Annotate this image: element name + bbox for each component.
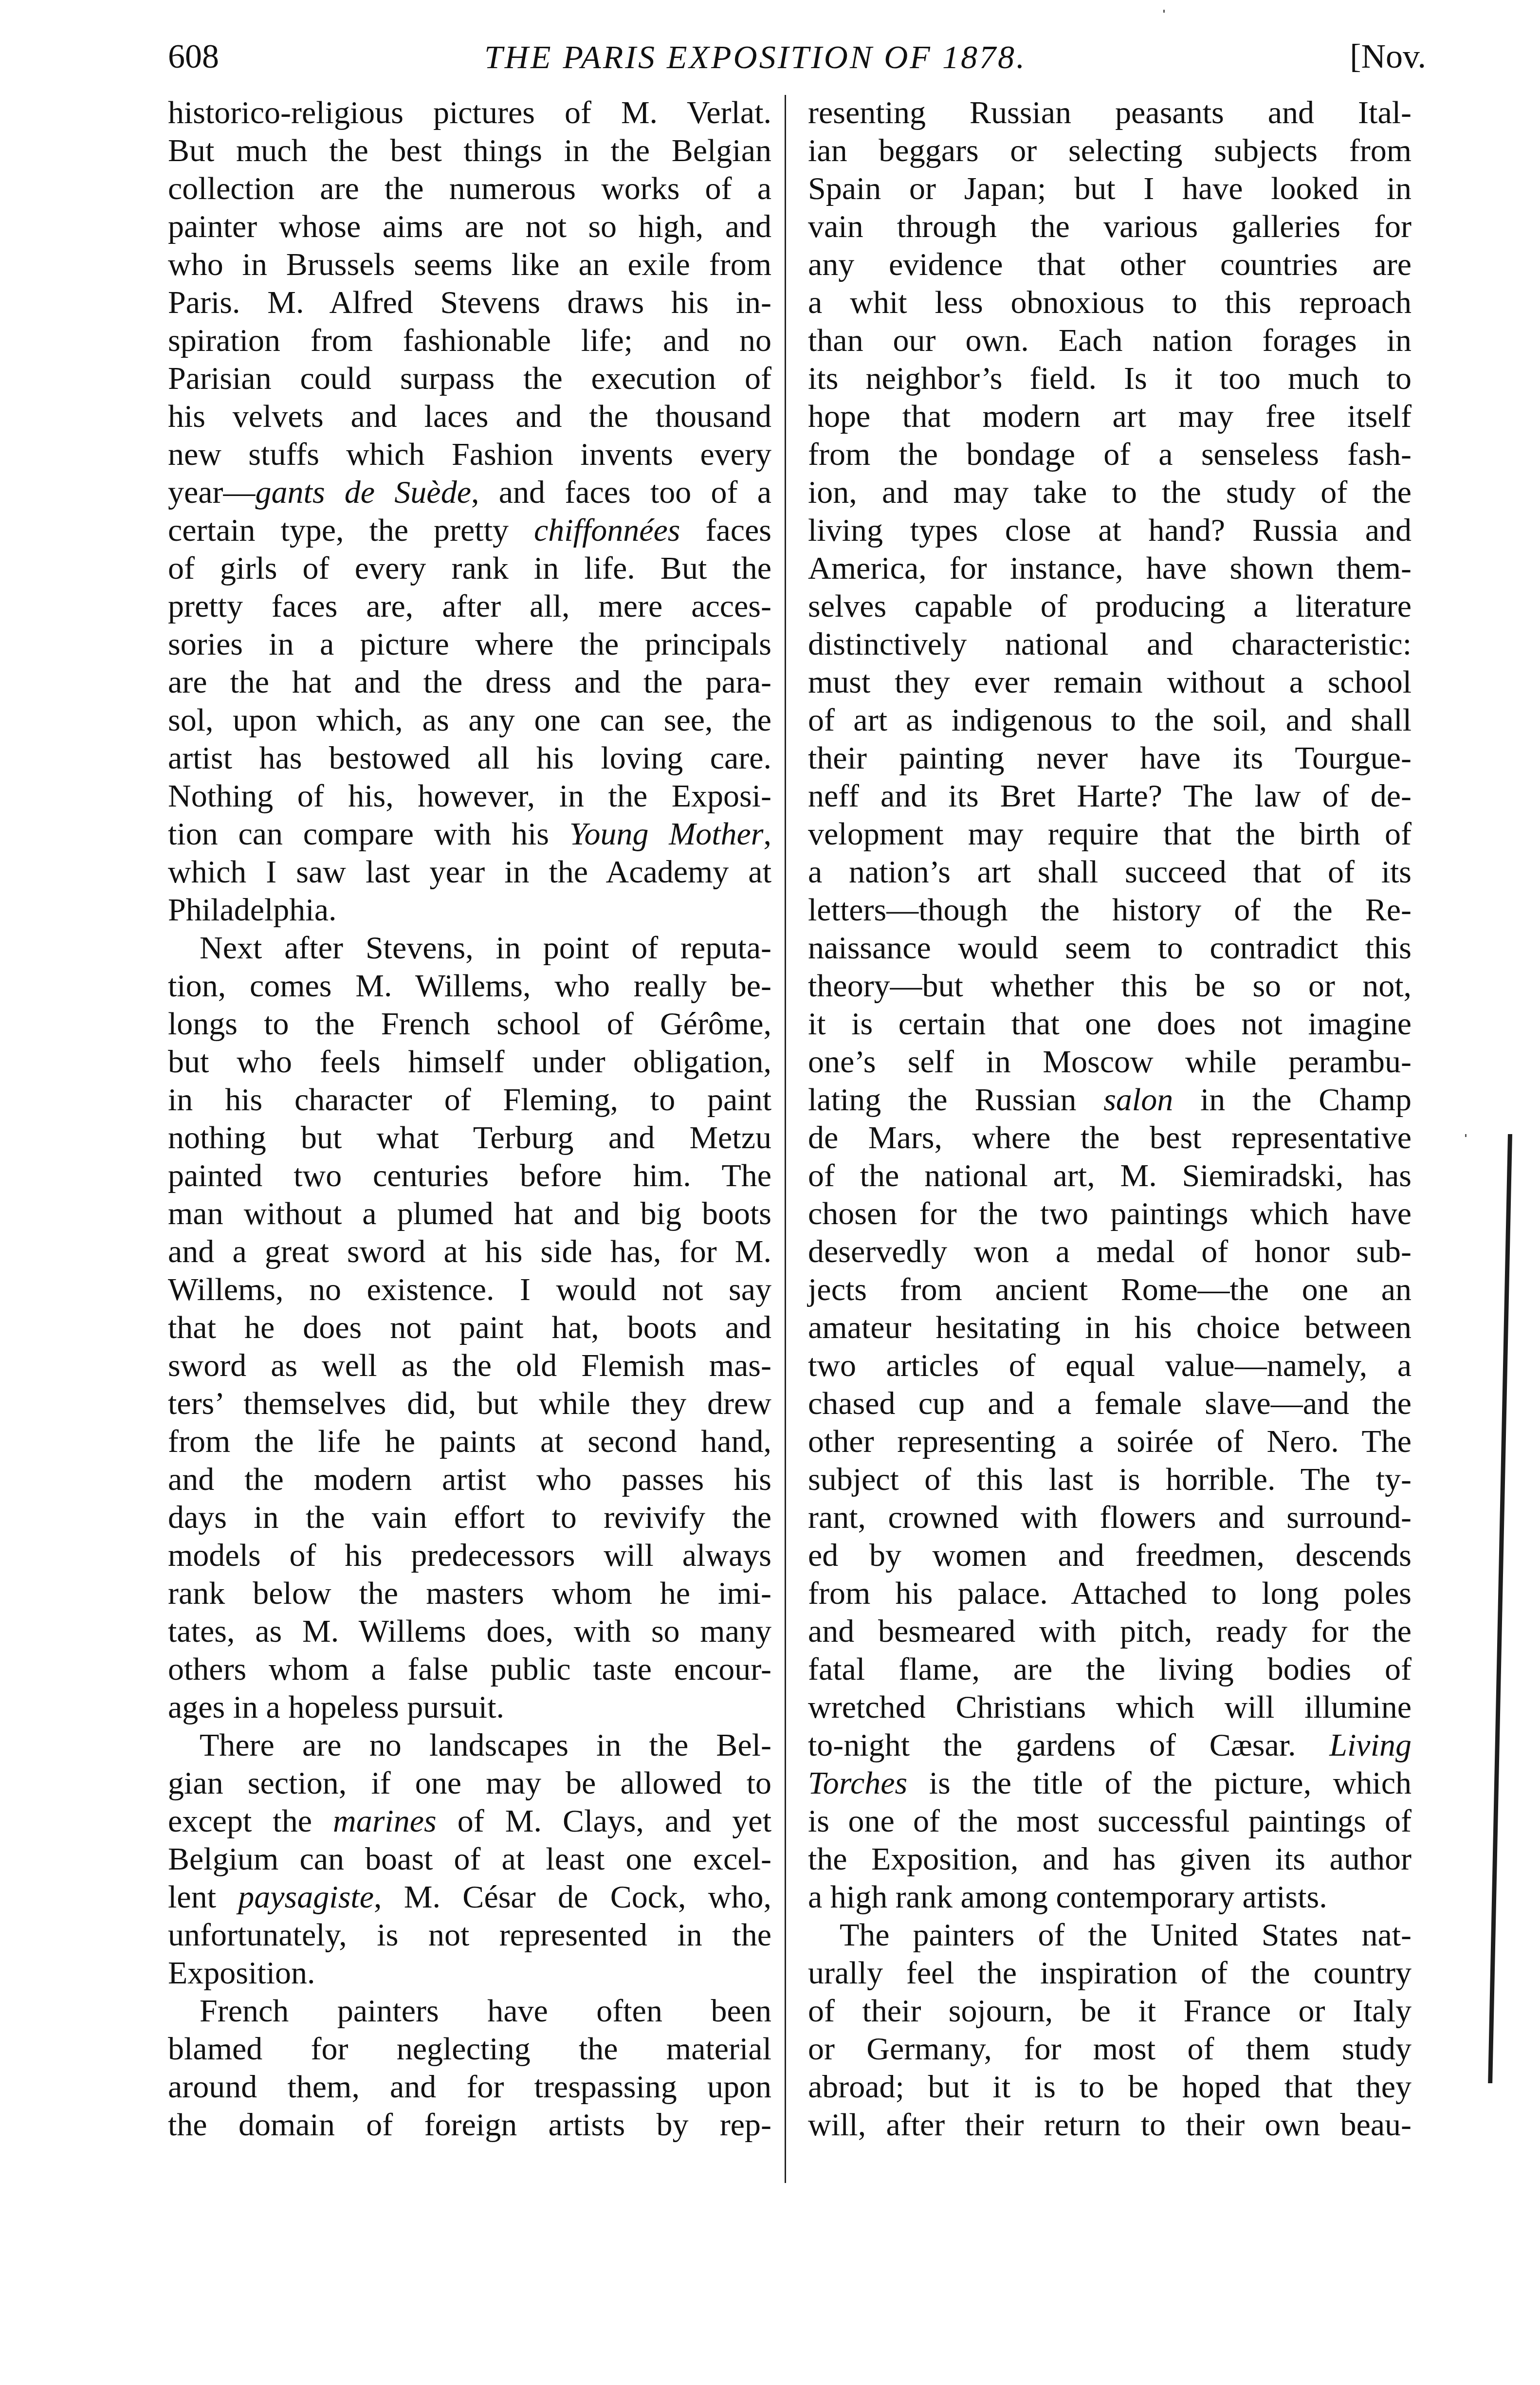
text-run: a whit less obnoxious to this reproach <box>808 285 1412 320</box>
text-run: selves capable of producing a literature <box>808 588 1412 624</box>
italic-text: gants de Suède <box>256 475 471 510</box>
text-line: a whit less obnoxious to this reproach <box>808 284 1412 322</box>
text-line: pretty faces are, after all, mere acces- <box>168 587 771 625</box>
text-line: jects from ancient Rome—the one an <box>808 1271 1412 1309</box>
text-line: historico-religious pictures of M. Verla… <box>168 94 771 132</box>
text-line: the domain of foreign artists by rep- <box>168 2106 771 2144</box>
text-run: There are no landscapes in the Bel- <box>200 1727 771 1763</box>
text-line: that he does not paint hat, boots and <box>168 1309 771 1347</box>
text-line: amateur hesitating in his choice between <box>808 1309 1412 1347</box>
text-run: abroad; but it is to be hoped that they <box>808 2069 1412 2105</box>
text-line: except the marines of M. Clays, and yet <box>168 1802 771 1840</box>
text-run: the Exposition, and has given its author <box>808 1841 1412 1877</box>
italic-text: Young Mother <box>569 816 764 852</box>
text-line: and a great sword at his side has, for M… <box>168 1233 771 1271</box>
text-run: , and faces too of a <box>471 475 771 510</box>
text-run: in his character of Fleming, to paint <box>168 1082 771 1118</box>
text-run: who in Brussels seems like an exile from <box>168 247 771 282</box>
text-run: except the <box>168 1803 333 1839</box>
text-line: is one of the most successful paintings … <box>808 1802 1412 1840</box>
text-run: sword as well as the old Flemish mas- <box>168 1348 771 1383</box>
text-run: artist has bestowed all his loving care. <box>168 740 771 776</box>
text-line: letters—though the history of the Re- <box>808 891 1412 929</box>
text-run: of girls of every rank in life. But the <box>168 550 771 586</box>
text-run: of art as indigenous to the soil, and sh… <box>808 702 1412 738</box>
text-run: days in the vain effort to revivify the <box>168 1500 771 1535</box>
text-line: tates, as M. Willems does, with so many <box>168 1613 771 1651</box>
text-line: which I saw last year in the Academy at <box>168 853 771 891</box>
text-line: Torches is the title of the picture, whi… <box>808 1764 1412 1802</box>
text-run: Parisian could surpass the execution of <box>168 361 771 396</box>
text-line: subject of this last is horrible. The ty… <box>808 1461 1412 1499</box>
text-line: other representing a soirée of Nero. The <box>808 1423 1412 1461</box>
text-line: certain type, the pretty chiffonnées fac… <box>168 512 771 550</box>
text-run: spiration from fashionable life; and no <box>168 323 771 358</box>
text-run: letters—though the history of the Re- <box>808 892 1412 928</box>
text-run: unfortunately, is not represented in the <box>168 1917 771 1953</box>
text-line: Parisian could surpass the execution of <box>168 360 771 398</box>
italic-text: Living <box>1329 1727 1412 1763</box>
text-line: painter whose aims are not so high, and <box>168 208 771 246</box>
text-run: ion, and may take to the study of the <box>808 475 1412 510</box>
text-line: their painting never have its Tourgue- <box>808 739 1412 777</box>
text-line: one’s self in Moscow while perambu- <box>808 1043 1412 1081</box>
text-run: of M. Clays, and yet <box>437 1803 771 1839</box>
text-run: must they ever remain without a school <box>808 664 1412 700</box>
text-run: a nation’s art shall succeed that of its <box>808 854 1412 890</box>
text-run: subject of this last is horrible. The ty… <box>808 1462 1412 1497</box>
italic-text: salon <box>1103 1082 1173 1118</box>
text-line: Willems, no existence. I would not say <box>168 1271 771 1309</box>
text-line: gian section, if one may be allowed to <box>168 1764 771 1802</box>
text-line: to-night the gardens of Cæsar. Living <box>808 1726 1412 1764</box>
text-run: and a great sword at his side has, for M… <box>168 1234 771 1269</box>
text-run: other representing a soirée of Nero. The <box>808 1424 1412 1459</box>
text-line: ed by women and freedmen, descends <box>808 1537 1412 1575</box>
text-line: models of his predecessors will always <box>168 1537 771 1575</box>
text-line: sories in a picture where the principals <box>168 625 771 663</box>
text-run: gian section, if one may be allowed to <box>168 1765 771 1801</box>
text-line: ters’ themselves did, but while they dre… <box>168 1385 771 1423</box>
text-line: year—gants de Suède, and faces too of a <box>168 474 771 512</box>
text-run: collection are the numerous works of a <box>168 171 771 206</box>
text-run: will, after their return to their own be… <box>808 2107 1412 2143</box>
text-run: painted two centuries before him. The <box>168 1158 771 1193</box>
text-run: others whom a false public taste encour- <box>168 1651 771 1687</box>
scan-speck <box>1163 10 1165 13</box>
text-run: painter whose aims are not so high, and <box>168 209 771 244</box>
text-line: velopment may require that the birth of <box>808 815 1412 853</box>
text-run: Philadelphia. <box>168 892 336 928</box>
text-run: fatal flame, are the living bodies of <box>808 1651 1412 1687</box>
text-line: vain through the various galleries for <box>808 208 1412 246</box>
text-run: living types close at hand? Russia and <box>808 513 1412 548</box>
text-run: but who feels himself under obligation, <box>168 1044 771 1080</box>
text-line: naissance would seem to contradict this <box>808 929 1412 967</box>
text-run: sories in a picture where the principals <box>168 626 771 662</box>
text-run: tion can compare with his <box>168 816 569 852</box>
text-run: velopment may require that the birth of <box>808 816 1412 852</box>
text-line: of art as indigenous to the soil, and sh… <box>808 701 1412 739</box>
text-line: Nothing of his, however, in the Exposi- <box>168 777 771 815</box>
text-run: , <box>763 816 771 852</box>
text-line: in his character of Fleming, to paint <box>168 1081 771 1119</box>
text-run: which I saw last year in the Academy at <box>168 854 771 890</box>
text-line: distinctively national and characteristi… <box>808 625 1412 663</box>
text-line: will, after their return to their own be… <box>808 2106 1412 2144</box>
text-line: chased cup and a female slave—and the <box>808 1385 1412 1423</box>
text-run: new stuffs which Fashion invents every <box>168 437 771 472</box>
text-run: amateur hesitating in his choice between <box>808 1310 1412 1345</box>
text-run: Willems, no existence. I would not say <box>168 1272 771 1307</box>
text-line: of the national art, M. Siemiradski, has <box>808 1157 1412 1195</box>
text-line: unfortunately, is not represented in the <box>168 1916 771 1954</box>
text-line: who in Brussels seems like an exile from <box>168 246 771 284</box>
text-line: are the hat and the dress and the para- <box>168 663 771 701</box>
text-line: urally feel the inspiration of the count… <box>808 1954 1412 1992</box>
text-line: ian beggars or selecting subjects from <box>808 132 1412 170</box>
text-run: his velvets and laces and the thousand <box>168 399 771 434</box>
text-run: America, for instance, have shown them- <box>808 550 1412 586</box>
text-line: than our own. Each nation forages in <box>808 322 1412 360</box>
text-run: ian beggars or selecting subjects from <box>808 133 1412 168</box>
text-run: lating the Russian <box>808 1082 1103 1118</box>
text-run: Spain or Japan; but I have looked in <box>808 171 1412 206</box>
text-run: jects from ancient Rome—the one an <box>808 1272 1412 1307</box>
italic-text: paysagiste <box>238 1879 374 1915</box>
text-run: is one of the most successful paintings … <box>808 1803 1412 1839</box>
text-run: blamed for neglecting the material <box>168 2031 771 2067</box>
text-line: Exposition. <box>168 1954 771 1992</box>
text-run: sol, upon which, as any one can see, the <box>168 702 771 738</box>
text-run: vain through the various galleries for <box>808 209 1412 244</box>
text-run: tion, comes M. Willems, who really be- <box>168 968 771 1004</box>
italic-text: marines <box>333 1803 437 1839</box>
text-line: Philadelphia. <box>168 891 771 929</box>
text-run: Next after Stevens, in point of reputa- <box>200 930 771 966</box>
text-line: selves capable of producing a literature <box>808 587 1412 625</box>
text-run: Nothing of his, however, in the Exposi- <box>168 778 771 814</box>
text-line: ion, and may take to the study of the <box>808 474 1412 512</box>
text-line: blamed for neglecting the material <box>168 2030 771 2068</box>
text-run: of their sojourn, be it France or Italy <box>808 1993 1412 2029</box>
text-line: resenting Russian peasants and Ital- <box>808 94 1412 132</box>
text-run: from the bondage of a senseless fash- <box>808 437 1412 472</box>
text-line: any evidence that other countries are <box>808 246 1412 284</box>
running-title: THE PARIS EXPOSITION OF 1878. <box>484 35 1027 79</box>
text-line: wretched Christians which will illumine <box>808 1688 1412 1726</box>
text-line: chosen for the two paintings which have <box>808 1195 1412 1233</box>
italic-text: chiffonnées <box>534 513 680 548</box>
text-line: the Exposition, and has given its author <box>808 1840 1412 1878</box>
text-run: resenting Russian peasants and Ital- <box>808 95 1412 130</box>
text-run: longs to the French school of Gérôme, <box>168 1006 771 1042</box>
text-run: distinctively national and characteristi… <box>808 626 1412 662</box>
text-run: , M. César de Cock, who, <box>374 1879 771 1915</box>
text-run: naissance would seem to contradict this <box>808 930 1412 966</box>
text-line: America, for instance, have shown them- <box>808 550 1412 587</box>
text-line: must they ever remain without a school <box>808 663 1412 701</box>
text-line: tion, comes M. Willems, who really be- <box>168 967 771 1005</box>
text-line: Paris. M. Alfred Stevens draws his in- <box>168 284 771 322</box>
text-line: rant, crowned with flowers and surround- <box>808 1499 1412 1537</box>
text-line: and besmeared with pitch, ready for the <box>808 1613 1412 1651</box>
left-column: historico-religious pictures of M. Verla… <box>168 94 771 2144</box>
text-run: the domain of foreign artists by rep- <box>168 2107 771 2143</box>
text-line: sol, upon which, as any one can see, the <box>168 701 771 739</box>
text-run: historico-religious pictures of M. Verla… <box>168 95 771 130</box>
text-run: a high rank among contemporary artists. <box>808 1879 1327 1915</box>
text-line: others whom a false public taste encour- <box>168 1651 771 1688</box>
text-line: Spain or Japan; but I have looked in <box>808 170 1412 208</box>
text-line: from the life he paints at second hand, <box>168 1423 771 1461</box>
text-line: artist has bestowed all his loving care. <box>168 739 771 777</box>
text-line: longs to the French school of Gérôme, <box>168 1005 771 1043</box>
text-line: from his palace. Attached to long poles <box>808 1575 1412 1613</box>
text-line: but who feels himself under obligation, <box>168 1043 771 1081</box>
text-run: that he does not paint hat, boots and <box>168 1310 771 1345</box>
text-run: is the title of the picture, which <box>907 1765 1412 1801</box>
text-line: ages in a hopeless pursuit. <box>168 1688 771 1726</box>
text-run: models of his predecessors will always <box>168 1538 771 1573</box>
text-run: chased cup and a female slave—and the <box>808 1386 1412 1421</box>
text-line: French painters have often been <box>168 1992 771 2030</box>
text-run: ters’ themselves did, but while they dre… <box>168 1386 771 1421</box>
text-line: its neighbor’s field. Is it too much to <box>808 360 1412 398</box>
text-run: rank below the masters whom he imi- <box>168 1576 771 1611</box>
text-run: certain type, the pretty <box>168 513 534 548</box>
text-line: rank below the masters whom he imi- <box>168 1575 771 1613</box>
text-line: new stuffs which Fashion invents every <box>168 436 771 474</box>
text-line: abroad; but it is to be hoped that they <box>808 2068 1412 2106</box>
text-line: nothing but what Terburg and Metzu <box>168 1119 771 1157</box>
text-line: theory—but whether this be so or not, <box>808 967 1412 1005</box>
scan-speck <box>1465 1134 1467 1137</box>
text-run: from the life he paints at second hand, <box>168 1424 771 1459</box>
text-line: or Germany, for most of them study <box>808 2030 1412 2068</box>
text-line: But much the best things in the Belgian <box>168 132 771 170</box>
right-column: resenting Russian peasants and Ital-ian … <box>808 94 1412 2144</box>
text-line: a high rank among contemporary artists. <box>808 1878 1412 1916</box>
text-run: Belgium can boast of at least one excel- <box>168 1841 771 1877</box>
text-line: and the modern artist who passes his <box>168 1461 771 1499</box>
issue-mark: [Nov. <box>1350 35 1426 79</box>
text-run: nothing but what Terburg and Metzu <box>168 1120 771 1156</box>
text-run: But much the best things in the Belgian <box>168 133 771 168</box>
text-run: year— <box>168 475 256 510</box>
text-line: lent paysagiste, M. César de Cock, who, <box>168 1878 771 1916</box>
text-line: from the bondage of a senseless fash- <box>808 436 1412 474</box>
text-line: painted two centuries before him. The <box>168 1157 771 1195</box>
text-line: of girls of every rank in life. But the <box>168 550 771 587</box>
text-line: collection are the numerous works of a <box>168 170 771 208</box>
text-run: The painters of the United States nat- <box>840 1917 1412 1953</box>
text-line: his velvets and laces and the thousand <box>168 398 771 436</box>
text-run: tates, as M. Willems does, with so many <box>168 1614 771 1649</box>
text-run: wretched Christians which will illumine <box>808 1689 1412 1725</box>
text-run: its neighbor’s field. Is it too much to <box>808 361 1412 396</box>
text-line: two articles of equal value—namely, a <box>808 1347 1412 1385</box>
text-line: tion can compare with his Young Mother, <box>168 815 771 853</box>
italic-text: Torches <box>808 1765 907 1801</box>
text-line: spiration from fashionable life; and no <box>168 322 771 360</box>
text-run: and besmeared with pitch, ready for the <box>808 1614 1412 1649</box>
text-run: two articles of equal value—namely, a <box>808 1348 1412 1383</box>
text-run: than our own. Each nation forages in <box>808 323 1412 358</box>
text-run: deservedly won a medal of honor sub- <box>808 1234 1412 1269</box>
text-line: a nation’s art shall succeed that of its <box>808 853 1412 891</box>
text-run: French painters have often been <box>200 1993 771 2029</box>
text-line: living types close at hand? Russia and <box>808 512 1412 550</box>
text-run: one’s self in Moscow while perambu- <box>808 1044 1412 1080</box>
text-run: man without a plumed hat and big boots <box>168 1196 771 1231</box>
text-run: to-night the gardens of Cæsar. <box>808 1727 1329 1763</box>
text-run: are the hat and the dress and the para- <box>168 664 771 700</box>
text-run: of the national art, M. Siemiradski, has <box>808 1158 1412 1193</box>
text-run: their painting never have its Tourgue- <box>808 740 1412 776</box>
text-line: it is certain that one does not imagine <box>808 1005 1412 1043</box>
scan-edge-shadow <box>1488 1134 1512 2083</box>
text-run: theory—but whether this be so or not, <box>808 968 1412 1004</box>
text-run: in the Champ <box>1173 1082 1412 1118</box>
text-run: rant, crowned with flowers and surround- <box>808 1500 1412 1535</box>
text-run: ed by women and freedmen, descends <box>808 1538 1412 1573</box>
text-run: it is certain that one does not imagine <box>808 1006 1412 1042</box>
text-line: around them, and for trespassing upon <box>168 2068 771 2106</box>
text-run: faces <box>680 513 771 548</box>
text-run: hope that modern art may free itself <box>808 399 1412 434</box>
text-run: de Mars, where the best representative <box>808 1120 1412 1156</box>
text-run: or Germany, for most of them study <box>808 2031 1412 2067</box>
text-line: sword as well as the old Flemish mas- <box>168 1347 771 1385</box>
running-header: 608 THE PARIS EXPOSITION OF 1878. [Nov. <box>168 35 1426 79</box>
text-line: of their sojourn, be it France or Italy <box>808 1992 1412 2030</box>
text-run: any evidence that other countries are <box>808 247 1412 282</box>
text-run: ages in a hopeless pursuit. <box>168 1689 504 1725</box>
text-run: from his palace. Attached to long poles <box>808 1576 1412 1611</box>
text-run: pretty faces are, after all, mere acces- <box>168 588 771 624</box>
text-line: deservedly won a medal of honor sub- <box>808 1233 1412 1271</box>
text-line: man without a plumed hat and big boots <box>168 1195 771 1233</box>
text-run: around them, and for trespassing upon <box>168 2069 771 2105</box>
text-run: Paris. M. Alfred Stevens draws his in- <box>168 285 771 320</box>
text-run: chosen for the two paintings which have <box>808 1196 1412 1231</box>
text-run: Exposition. <box>168 1955 315 1991</box>
text-line: lating the Russian salon in the Champ <box>808 1081 1412 1119</box>
text-run: urally feel the inspiration of the count… <box>808 1955 1412 1991</box>
text-line: There are no landscapes in the Bel- <box>168 1726 771 1764</box>
text-run: lent <box>168 1879 238 1915</box>
text-run: neff and its Bret Harte? The law of de- <box>808 778 1412 814</box>
text-line: de Mars, where the best representative <box>808 1119 1412 1157</box>
text-line: Belgium can boast of at least one excel- <box>168 1840 771 1878</box>
text-run: and the modern artist who passes his <box>168 1462 771 1497</box>
text-line: hope that modern art may free itself <box>808 398 1412 436</box>
page-number: 608 <box>168 35 219 79</box>
text-line: Next after Stevens, in point of reputa- <box>168 929 771 967</box>
text-line: neff and its Bret Harte? The law of de- <box>808 777 1412 815</box>
text-line: days in the vain effort to revivify the <box>168 1499 771 1537</box>
text-line: The painters of the United States nat- <box>808 1916 1412 1954</box>
text-line: fatal flame, are the living bodies of <box>808 1651 1412 1688</box>
column-divider <box>785 95 786 2183</box>
